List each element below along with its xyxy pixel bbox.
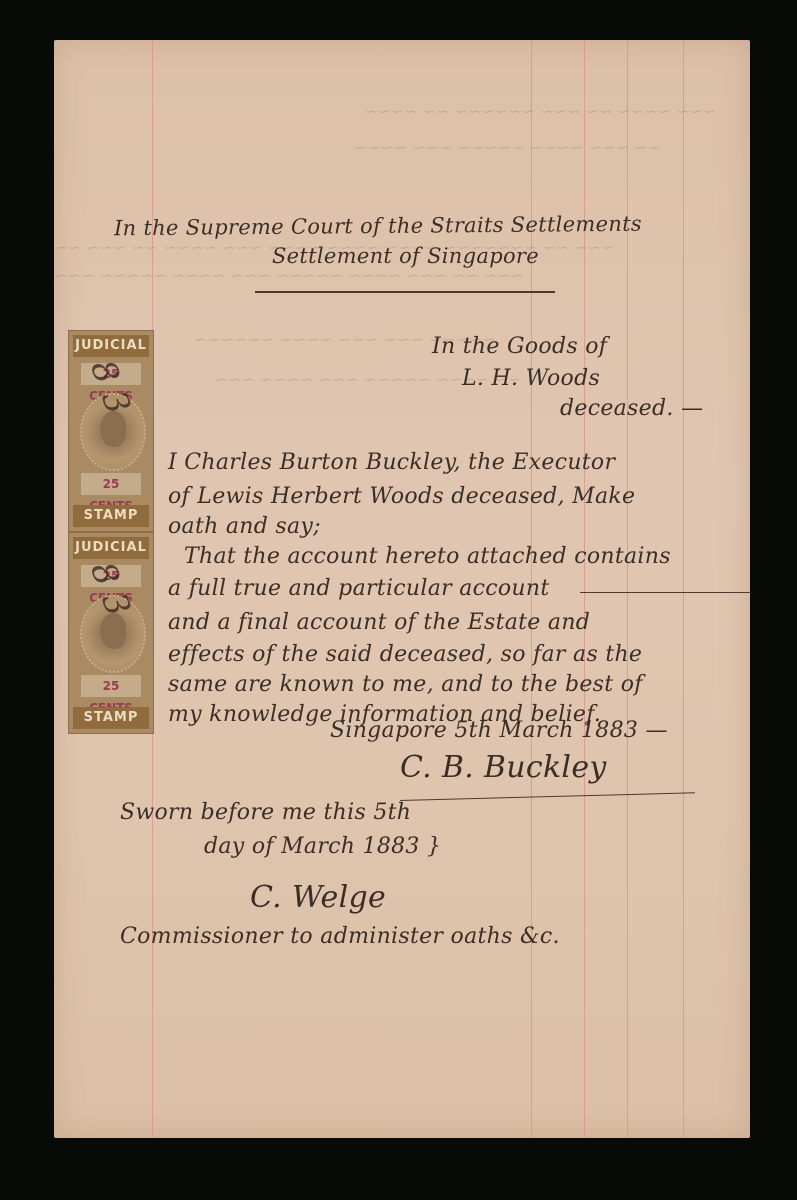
- heading-underline: [255, 291, 555, 293]
- affidavit-line: That the account hereto attached contain…: [184, 544, 671, 569]
- deceased-label: deceased. —: [560, 396, 703, 421]
- affidavit-line: effects of the said deceased, so far as …: [168, 642, 642, 667]
- affidavit-line: of Lewis Herbert Woods deceased, Make: [168, 484, 635, 509]
- affidavit-line: I Charles Burton Buckley, the Executor: [168, 450, 615, 475]
- bleed-through-text: ~~~ ~~~~ ~~ ~~~ ~~~~~~ ~~ ~~~~: [364, 102, 716, 121]
- jurat-date: day of March 1883 }: [204, 834, 441, 859]
- affidavit-line: and a final account of the Estate and: [168, 610, 590, 635]
- affidavit-line: same are known to me, and to the best of: [168, 672, 643, 697]
- commissioner-signature: C. Welge: [250, 880, 386, 915]
- deponent-signature: C. B. Buckley: [400, 750, 607, 785]
- bleed-through-text: ~~ ~~~ ~~~~ ~~~~~ ~~~ ~~~~: [354, 138, 661, 157]
- jurat-sworn-before: Sworn before me this 5th: [120, 800, 411, 825]
- judicial-stamp-1: JUDICIAL 25 CENTS 25 CENTS STAMP 8 3: [68, 330, 154, 532]
- commissioner-title: Commissioner to administer oaths &c.: [120, 924, 560, 949]
- stamp-value-bottom: 25 CENTS: [81, 675, 141, 697]
- deceased-name: L. H. Woods: [462, 366, 600, 391]
- affidavit-line: a full true and particular account: [168, 576, 550, 601]
- column-rule: [584, 40, 585, 1138]
- column-rule: [683, 40, 684, 1138]
- column-rule: [627, 40, 628, 1138]
- place-and-date: Singapore 5th March 1883 —: [330, 718, 668, 743]
- stamp-label-bottom: STAMP: [73, 707, 149, 729]
- in-the-goods-of: In the Goods of: [432, 334, 607, 359]
- stamp-label-bottom: STAMP: [73, 505, 149, 527]
- judicial-stamp-2: JUDICIAL 25 CENTS 25 CENTS STAMP 8 3: [68, 532, 154, 734]
- stamp-value-bottom: 25 CENTS: [81, 473, 141, 495]
- court-heading: In the Supreme Court of the Straits Sett…: [114, 212, 642, 241]
- stamp-label-top: JUDICIAL: [73, 537, 149, 559]
- affidavit-line: oath and say;: [168, 514, 321, 539]
- settlement-heading: Settlement of Singapore: [272, 244, 539, 268]
- stamp-label-top: JUDICIAL: [73, 335, 149, 357]
- line-flourish: [580, 592, 750, 593]
- bleed-through-text: ~~~ ~~ ~~~ ~~~~ ~~~~~ ~~~ ~~~~ ~~~~~ ~~~: [54, 266, 524, 285]
